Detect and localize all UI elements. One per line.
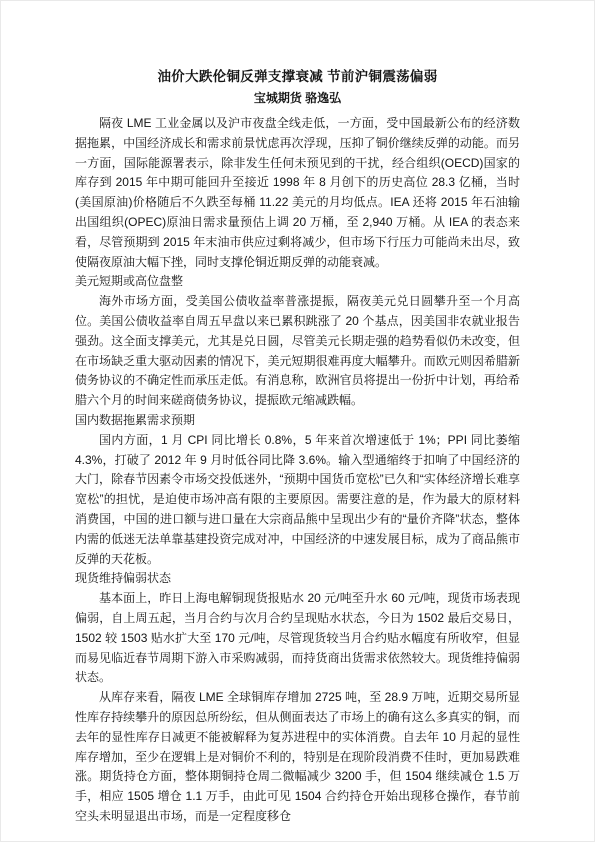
body-paragraph: 从库存来看，隔夜 LME 全球铜库存增加 2725 吨，至 28.9 万吨，近期…: [75, 688, 520, 827]
section-heading: 现货维持偏弱状态: [75, 569, 520, 589]
document-body: 隔夜 LME 工业金属以及沪市夜盘全线走低，一方面，受中国最新公布的经济数据拖累…: [75, 114, 520, 827]
body-paragraph: 隔夜 LME 工业金属以及沪市夜盘全线走低，一方面，受中国最新公布的经济数据拖累…: [75, 114, 520, 272]
section-heading: 美元短期或高位盘整: [75, 272, 520, 292]
body-paragraph: 国内方面，1 月 CPI 同比增长 0.8%，5 年来首次增速低于 1%；PPI…: [75, 431, 520, 570]
section-heading: 国内数据拖累需求预期: [75, 411, 520, 431]
document-title: 油价大跌伦铜反弹支撑衰减 节前沪铜震荡偏弱: [75, 66, 520, 88]
body-paragraph: 海外市场方面，受美国公债收益率普涨提振，隔夜美元兑日圆攀升至一个月高位。美国公债…: [75, 292, 520, 411]
document-page: 油价大跌伦铜反弹支撑衰减 节前沪铜震荡偏弱 宝城期货 骆逸弘 隔夜 LME 工业…: [0, 0, 595, 842]
document-byline: 宝城期货 骆逸弘: [75, 88, 520, 109]
body-paragraph: 基本面上，昨日上海电解铜现货报贴水 20 元/吨至升水 60 元/吨，现货市场表…: [75, 589, 520, 688]
